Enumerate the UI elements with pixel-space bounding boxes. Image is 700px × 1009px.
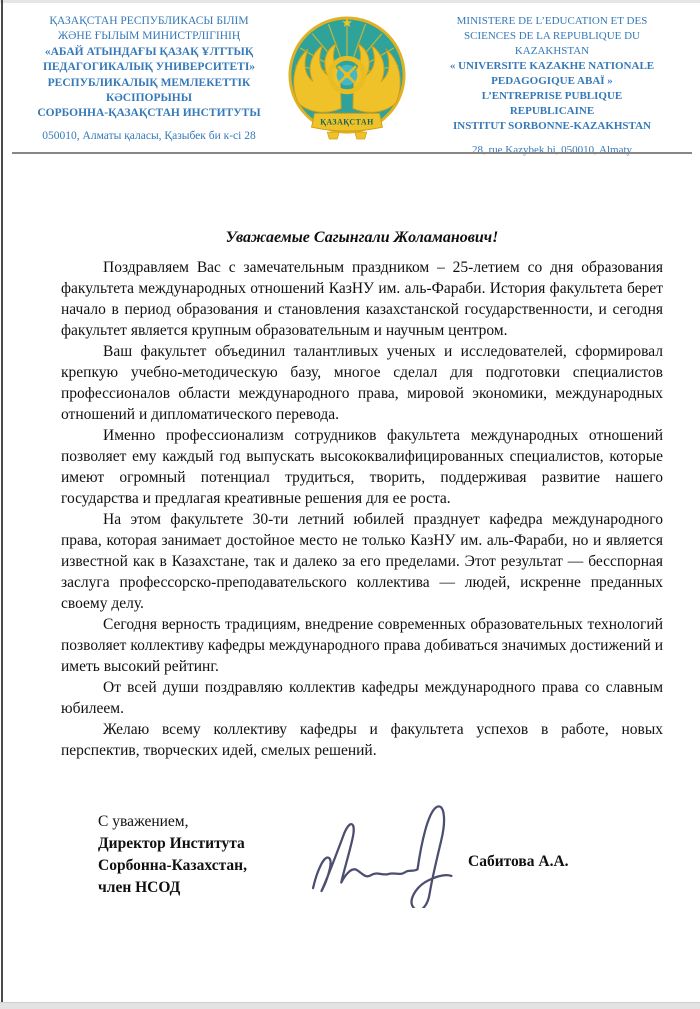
kazakhstan-coat-of-arms-icon: ҚАЗАҚСТАН bbox=[286, 12, 408, 142]
closing-line: Сорбонна-Казахстан, bbox=[98, 855, 247, 877]
letterhead-line: РЕСПУБЛИКАЛЫҚ МЕМЛЕКЕТТІК bbox=[16, 76, 282, 91]
paragraph: Сегодня верность традициям, внедрение со… bbox=[61, 614, 663, 677]
signer-name: Сабитова А.А. bbox=[468, 853, 569, 871]
letterhead-line: «АБАЙ АТЫНДАҒЫ ҚАЗАҚ ҰЛТТЫҚ bbox=[16, 45, 282, 60]
closing-line: Директор Института bbox=[98, 833, 247, 855]
emblem-banner-text: ҚАЗАҚСТАН bbox=[320, 118, 373, 127]
closing-line: член НСОД bbox=[98, 877, 247, 899]
letterhead-line: INSTITUT SORBONNE-KAZAKHSTAN bbox=[412, 119, 692, 134]
letterhead-line: PEDAGOGIQUE ABAÏ » bbox=[412, 74, 692, 89]
letterhead-line: СОРБОННА-ҚАЗАҚСТАН ИНСТИТУТЫ bbox=[16, 106, 282, 121]
letter-body: Поздравляем Вас с замечательным праздник… bbox=[61, 257, 663, 761]
letterhead-line: MINISTERE DE L’EDUCATION ET DES bbox=[412, 14, 692, 29]
letterhead-line: SCIENCES DE LA REPUBLIQUE DU bbox=[412, 29, 692, 44]
paragraph: Ваш факультет объединил талантливых учен… bbox=[61, 341, 663, 425]
letterhead-line: KAZAKHSTAN bbox=[412, 44, 692, 59]
paragraph: От всей души поздравляю коллектив кафедр… bbox=[61, 677, 663, 719]
closing-block: С уважением, Директор Института Сорбонна… bbox=[98, 811, 247, 899]
letterhead-line: ПЕДАГОГИКАЛЫҚ УНИВЕРСИТЕТІ» bbox=[16, 60, 282, 75]
salutation: Уважаемые Сагынгали Жоламанович! bbox=[62, 229, 662, 247]
letter-page: ҚАЗАҚСТАН РЕСПУБЛИКАСЫ БІЛІМ ЖӘНЕ ҒЫЛЫМ … bbox=[0, 0, 700, 1009]
signature-icon bbox=[298, 793, 458, 908]
address-french: 28, rue Kazybek bi, 050010, Almaty bbox=[412, 143, 692, 158]
letterhead-line: L’ENTREPRISE PUBLIQUE bbox=[412, 89, 692, 104]
handwritten-signature bbox=[298, 793, 458, 908]
paragraph: Поздравляем Вас с замечательным праздник… bbox=[61, 257, 663, 341]
paragraph: Именно профессионализм сотрудников факул… bbox=[61, 425, 663, 509]
letterhead-kazakh-block: ҚАЗАҚСТАН РЕСПУБЛИКАСЫ БІЛІМ ЖӘНЕ ҒЫЛЫМ … bbox=[16, 12, 282, 144]
letterhead-french-block: MINISTERE DE L’EDUCATION ET DES SCIENCES… bbox=[412, 12, 692, 158]
letterhead-line: КӘСІПОРЫНЫ bbox=[16, 91, 282, 106]
paragraph: Желаю всему коллективу кафедры и факульт… bbox=[61, 719, 663, 761]
emblem-banner: ҚАЗАҚСТАН bbox=[312, 113, 383, 131]
scan-edge-bottom bbox=[0, 1002, 700, 1009]
letterhead-line: REPUBLICAINE bbox=[412, 104, 692, 119]
emblem-column: ҚАЗАҚСТАН bbox=[282, 12, 412, 142]
letterhead-line: ЖӘНЕ ҒЫЛЫМ МИНИСТРЛІГІНІҢ bbox=[16, 29, 282, 44]
closing-line: С уважением, bbox=[98, 811, 247, 833]
scan-edge-left bbox=[1, 0, 3, 1003]
scan-edge-top bbox=[0, 0, 700, 3]
letterhead-line: « UNIVERSITE KAZAKHE NATIONALE bbox=[412, 59, 692, 74]
letterhead-divider bbox=[12, 152, 692, 154]
paragraph: На этом факультете 30-ти летний юбилей п… bbox=[61, 509, 663, 614]
address-kazakh: 050010, Алматы қаласы, Қазыбек би к-сі 2… bbox=[16, 129, 282, 144]
letterhead: ҚАЗАҚСТАН РЕСПУБЛИКАСЫ БІЛІМ ЖӘНЕ ҒЫЛЫМ … bbox=[16, 12, 692, 158]
letterhead-line: ҚАЗАҚСТАН РЕСПУБЛИКАСЫ БІЛІМ bbox=[16, 14, 282, 29]
